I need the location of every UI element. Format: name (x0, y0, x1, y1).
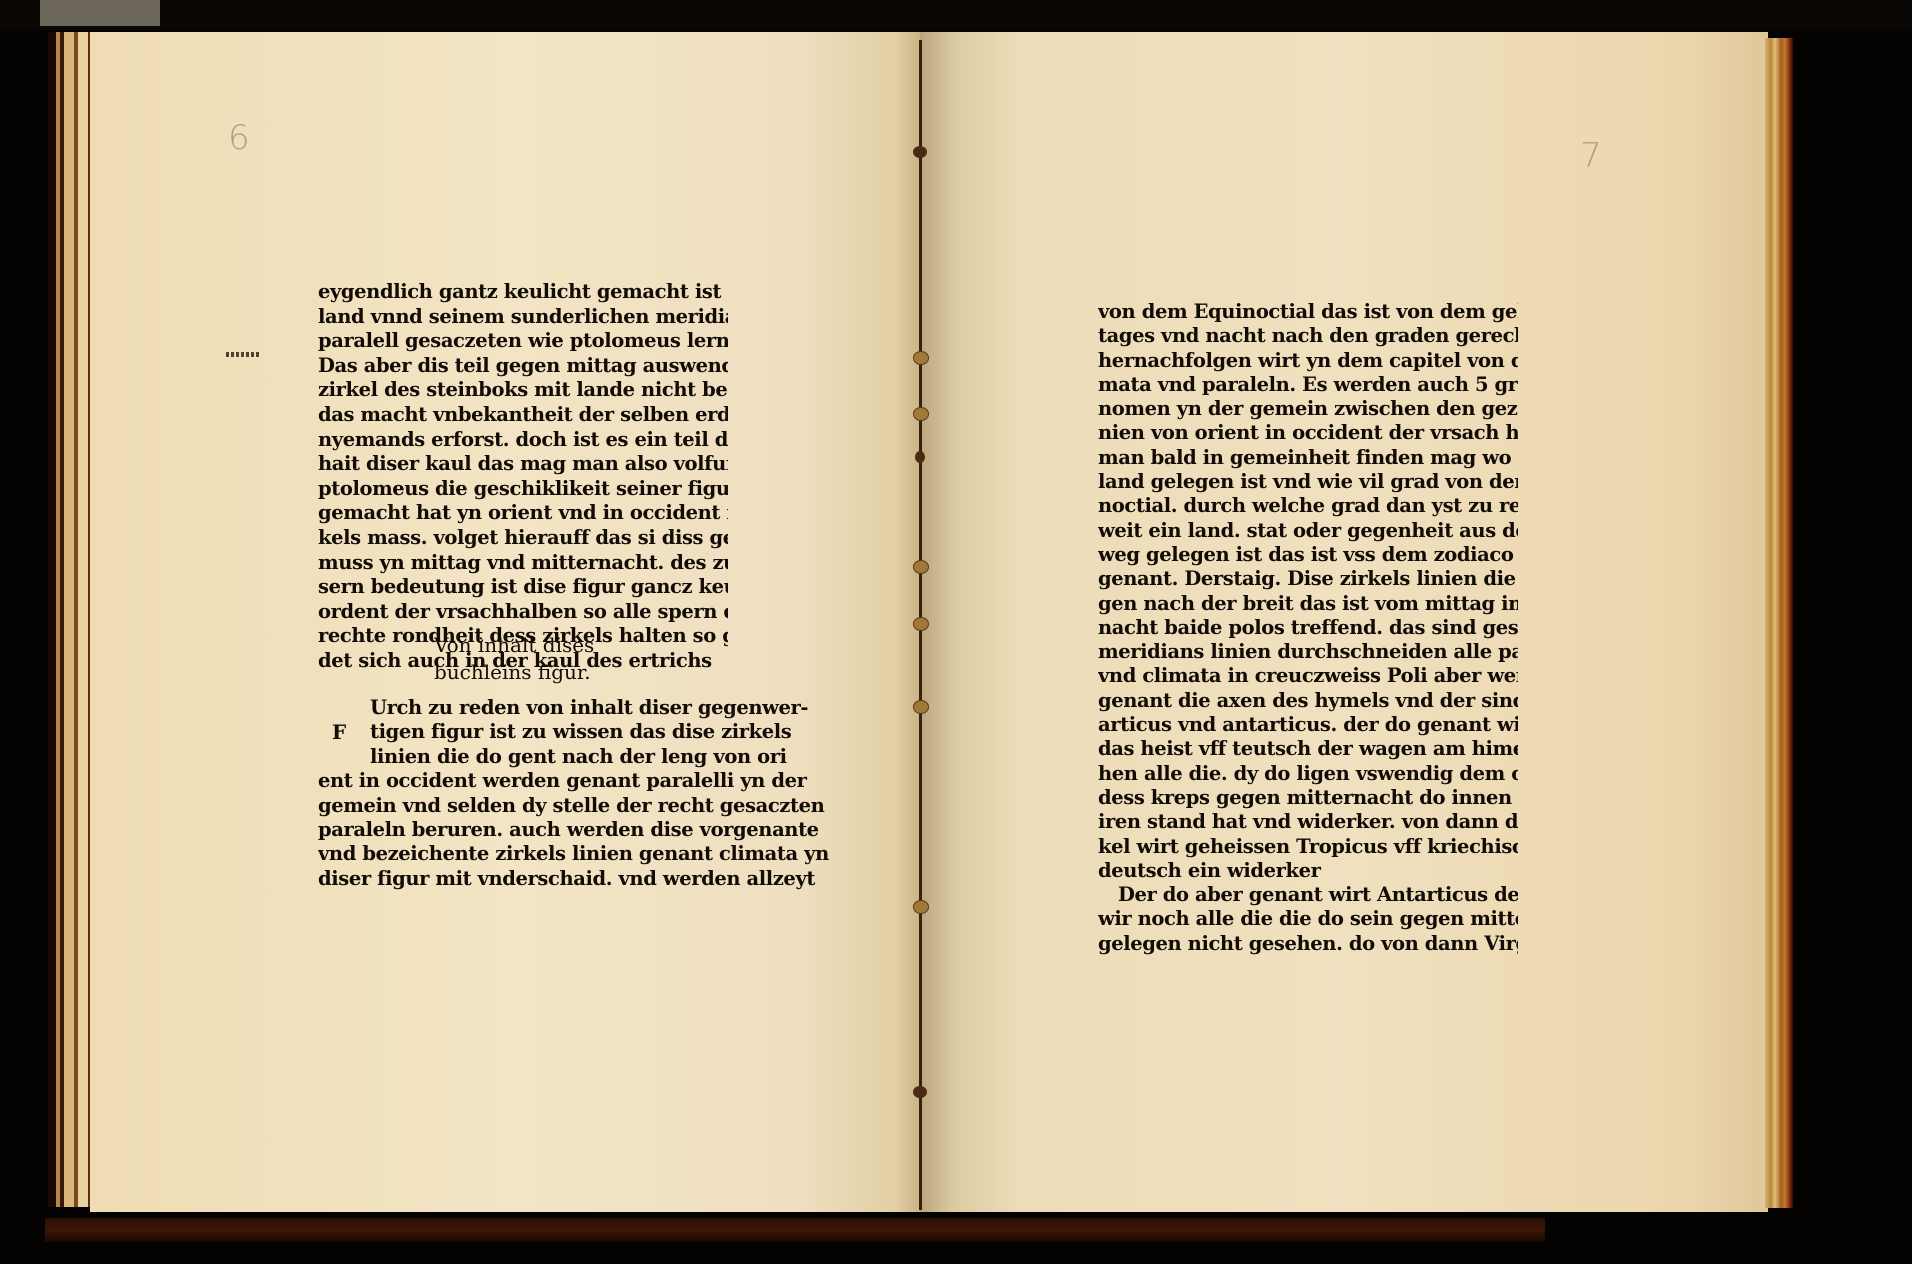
binding-knot-icon (913, 351, 929, 365)
section-heading: Von inhalt dises buchleins figur. (434, 632, 594, 686)
text-line: land vnnd seinem sunderlichen meridian v… (318, 305, 728, 330)
text-line: weg gelegen ist das ist vss dem zodiaco … (1098, 543, 1518, 567)
text-line: genant. Derstaig. Dise zirkels linien di… (1098, 567, 1518, 591)
text-line: genant die axen des hymels vnd der sind … (1098, 689, 1518, 713)
text-line: gen nach der breit das ist vom mittag in… (1098, 592, 1518, 616)
text-line: mata vnd paraleln. Es werden auch 5 grad… (1098, 373, 1518, 397)
right-paragraph-1: von dem Equinoctial das ist von dem gele… (1098, 300, 1518, 956)
text-line: hen alle die. dy do ligen vswendig dem c… (1098, 762, 1518, 786)
text-line: zirkel des steinboks mit lande nicht bel… (318, 378, 728, 403)
binding-knot-icon (913, 617, 929, 631)
text-line: eygendlich gantz keulicht gemacht ist ou… (318, 280, 728, 305)
left-page-edges (48, 32, 93, 1207)
text-line: wir noch alle die die do sein gegen mitt… (1098, 907, 1518, 931)
text-line: hernachfolgen wirt yn dem capitel von de… (1098, 349, 1518, 373)
text-line: nomen yn der gemein zwischen den gezogen… (1098, 397, 1518, 421)
text-line: gemein vnd selden dy stelle der recht ge… (318, 794, 829, 818)
text-line: man bald in gemeinheit finden mag wo icz… (1098, 446, 1518, 470)
text-line: paralell gesaczeten wie ptolomeus lernet (318, 329, 728, 354)
text-line: ptolomeus die geschiklikeit seiner figur… (318, 477, 728, 502)
text-line: meridians linien durchschneiden alle par… (1098, 640, 1518, 664)
binding-stitch-icon (913, 146, 927, 158)
binding-knot-icon (913, 407, 929, 421)
text-line: ordent der vrsachhalben so alle spern de… (318, 600, 728, 625)
book-cover-bottom-edge (45, 1218, 1545, 1242)
text-line: von dem Equinoctial das ist von dem gele… (1098, 300, 1518, 324)
binding-stitch-icon (913, 1086, 927, 1098)
text-line: das heist vff teutsch der wagen am himel… (1098, 737, 1518, 761)
text-line: nacht baide polos treffend. das sind ges… (1098, 616, 1518, 640)
text-line: vnd climata in creuczweiss Poli aber wer… (1098, 664, 1518, 688)
ink-mark (226, 352, 260, 357)
text-line: iren stand hat vnd widerker. von dann di… (1098, 810, 1518, 834)
text-line: diser figur mit vnderschaid. vnd werden … (318, 867, 829, 891)
text-line: sern bedeutung ist dise figur gancz keul… (318, 575, 728, 600)
text-line: hait diser kaul das mag man also volfure… (318, 452, 728, 477)
text-line: gemacht hat yn orient vnd in occident no… (318, 501, 728, 526)
text-line: paraleln beruren. auch werden dise vorge… (318, 818, 829, 842)
left-paragraph-1: eygendlich gantz keulicht gemacht ist ou… (318, 280, 728, 674)
text-line: nien von orient in occident der vrsach h… (1098, 421, 1518, 445)
text-line: Urch zu reden von inhalt diser gegenwer- (318, 696, 829, 720)
text-line: kel wirt geheissen Tropicus vff kriechis… (1098, 835, 1518, 859)
text-line: nyemands erforst. doch ist es ein teil d… (318, 428, 728, 453)
text-line: tages vnd nacht nach den graden gerechen… (1098, 324, 1518, 348)
heading-line: Von inhalt dises (434, 632, 594, 659)
text-line: noctial. durch welche grad dan yst zu re… (1098, 494, 1518, 518)
page-number-left: 6 (228, 118, 250, 158)
text-line: kels mass. volget hierauff das si diss g… (318, 526, 728, 551)
text-line: Das aber dis teil gegen mittag auswendig… (318, 354, 728, 379)
text-line: Der do aber genant wirt Antarticus den k… (1098, 883, 1518, 907)
text-line: linien die do gent nach der leng von ori (318, 745, 829, 769)
left-paragraph-2: Urch zu reden von inhalt diser gegenwer-… (318, 696, 829, 891)
text-line: articus vnd antarticus. der do genant wi… (1098, 713, 1518, 737)
text-line: deutsch ein widerker (1098, 859, 1518, 883)
text-line: tigen figur ist zu wissen das dise zirke… (318, 720, 829, 744)
heading-line: buchleins figur. (434, 659, 594, 686)
text-line: dess kreps gegen mitternacht do innen di… (1098, 786, 1518, 810)
text-line: gelegen nicht gesehen. do von dann Virgi… (1098, 932, 1518, 956)
dark-background-top (0, 0, 1912, 30)
text-line: vnd bezeichente zirkels linien genant cl… (318, 842, 829, 866)
text-line: muss yn mittag vnd mitternacht. des zu e… (318, 551, 728, 576)
binding-knot-icon (913, 700, 929, 714)
binding-knot-icon (913, 900, 929, 914)
binding-stitch-icon (915, 451, 925, 463)
binding-knot-icon (913, 560, 929, 574)
background-object (40, 0, 160, 26)
text-line: das macht vnbekantheit der selben erden … (318, 403, 728, 428)
right-page-edges (1765, 38, 1793, 1208)
text-line: land gelegen ist vnd wie vil grad von de… (1098, 470, 1518, 494)
text-line: weit ein land. stat oder gegenheit aus d… (1098, 519, 1518, 543)
page-number-right: 7 (1580, 136, 1602, 176)
text-line: ent in occident werden genant paralelli … (318, 769, 829, 793)
